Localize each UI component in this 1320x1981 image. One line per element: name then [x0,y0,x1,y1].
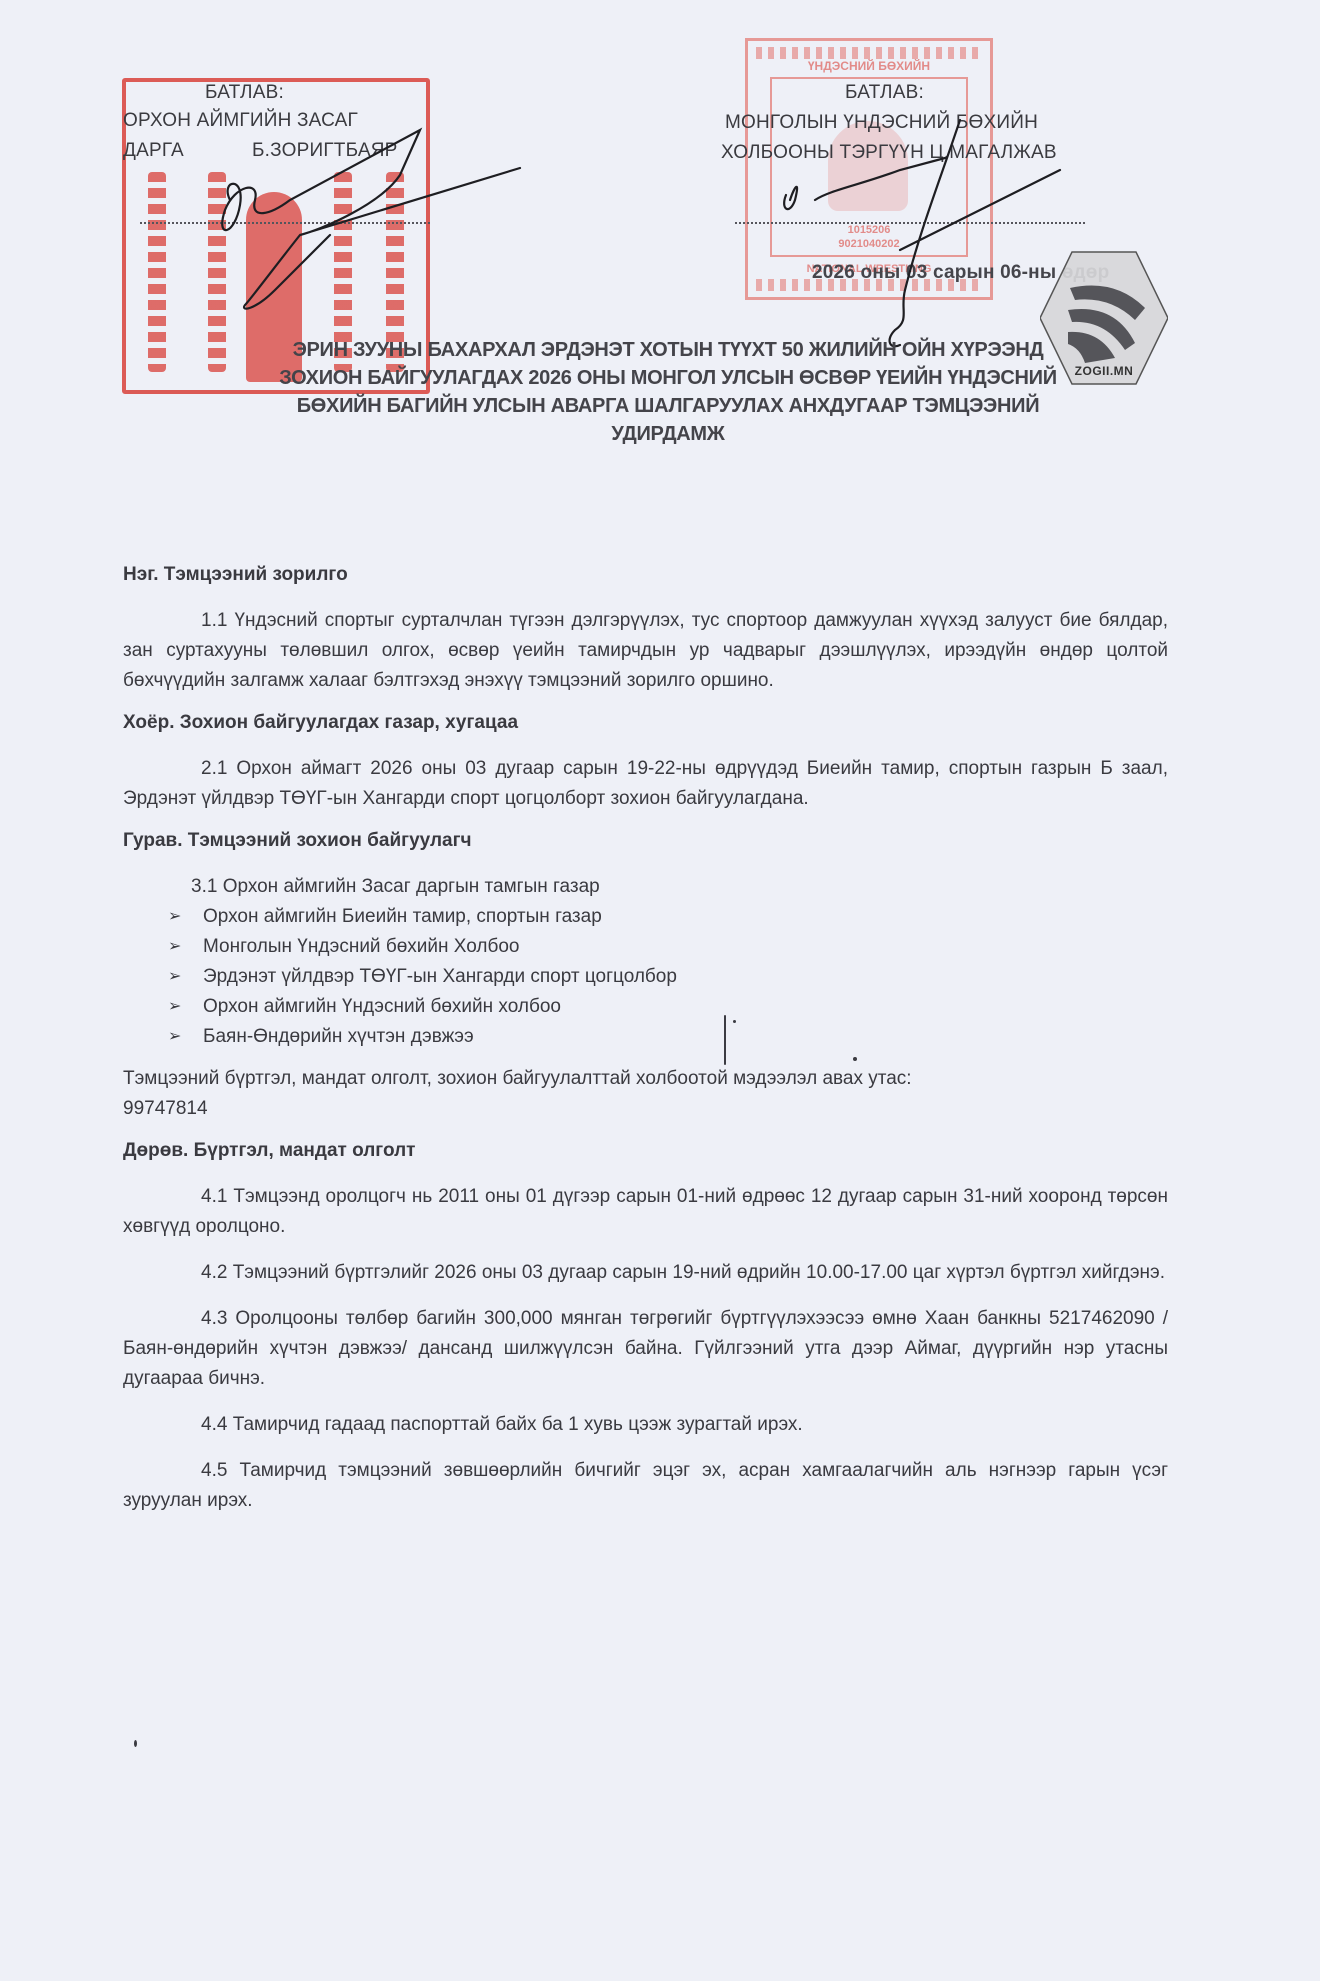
arrow-bullet-icon: ➢ [168,902,181,932]
list-item: ➢Орхон аймгийн Биеийн тамир, спортын газ… [123,902,1168,932]
approve-label-left: БАТЛАВ: [205,82,284,104]
paragraph-4-2: 4.2 Тэмцээний бүртгэлийг 2026 оны 03 дуг… [123,1258,1168,1288]
scan-speck [733,1020,736,1023]
document-body: Нэг. Тэмцээний зорилго 1.1 Үндэсний спор… [123,560,1168,1516]
contact-text: Тэмцээний бүртгэл, мандат олголт, зохион… [123,1064,1168,1094]
section-heading-3: Гурав. Тэмцээний зохион байгуулагч [123,826,1168,856]
scan-speck [134,1740,137,1747]
scan-speck [853,1057,857,1061]
section-heading-2: Хоёр. Зохион байгуулагдах газар, хугацаа [123,708,1168,738]
title-line: ЗОХИОН БАЙГУУЛАГДАХ 2026 ОНЫ МОНГОЛ УЛСЫ… [150,364,1186,392]
list-item: ➢Монголын Үндэсний бөхийн Холбоо [123,932,1168,962]
wrestler-figure-icon [828,121,908,211]
signature-line-right [735,222,1085,224]
organizer-list: ➢Орхон аймгийн Биеийн тамир, спортын газ… [123,902,1168,1052]
approver-left-name: Б.ЗОРИГТБАЯР [252,140,398,162]
stamp-top-text: ҮНДЭСНИЙ БӨХИЙН [748,59,990,73]
section-heading-4: Дөрөв. Бүртгэл, мандат олголт [123,1136,1168,1166]
stamp-number: 1015206 [748,224,990,236]
title-line: БӨХИЙН БАГИЙН УЛСЫН АВАРГА ШАЛГАРУУЛАХ А… [150,392,1186,420]
document-title: ЭРИН ЗУУНЫ БАХАРХАЛ ЭРДЭНЭТ ХОТЫН ТҮҮХТ … [150,336,1186,448]
list-item: ➢Орхон аймгийн Үндэсний бөхийн холбоо [123,992,1168,1022]
organizer-lead: 3.1 Орхон аймгийн Засаг даргын тамгын га… [123,872,1168,902]
paragraph-4-1: 4.1 Тэмцээнд оролцогч нь 2011 оны 01 дүг… [123,1182,1168,1242]
arrow-bullet-icon: ➢ [168,962,181,992]
approver-left-org: ОРХОН АЙМГИЙН ЗАСАГ [123,110,358,132]
paragraph-4-4: 4.4 Тамирчид гадаад паспорттай байх ба 1… [123,1410,1168,1440]
scan-mark [724,1015,726,1065]
arrow-bullet-icon: ➢ [168,992,181,1022]
document-page: ҮНДЭСНИЙ БӨХИЙН 1015206 9021040202 NATIO… [0,0,1320,1981]
stamp-number: 9021040202 [748,238,990,250]
list-item: ➢Баян-Өндөрийн хүчтэн дэвжээ [123,1022,1168,1052]
paragraph-1-1: 1.1 Үндэсний спортыг сурталчлан түгээн д… [123,606,1168,696]
title-line: УДИРДАМЖ [150,420,1186,448]
arrow-bullet-icon: ➢ [168,1022,181,1052]
paragraph-4-3: 4.3 Оролцооны төлбөр багийн 300,000 мянг… [123,1304,1168,1394]
contact-phone: 99747814 [123,1094,1168,1124]
list-item: ➢Эрдэнэт үйлдвэр ТӨҮГ-ын Хангарди спорт … [123,962,1168,992]
approve-label-right: БАТЛАВ: [845,82,924,104]
wrestling-federation-stamp: ҮНДЭСНИЙ БӨХИЙН 1015206 9021040202 NATIO… [745,38,993,300]
signature-line-left [140,222,430,224]
title-line: ЭРИН ЗУУНЫ БАХАРХАЛ ЭРДЭНЭТ ХОТЫН ТҮҮХТ … [150,336,1186,364]
paragraph-4-5: 4.5 Тамирчид тэмцээний зөвшөөрлийн бичги… [123,1456,1168,1516]
approver-left-title: ДАРГА [123,140,184,162]
fret-border [756,47,982,59]
arrow-bullet-icon: ➢ [168,932,181,962]
approver-right-org: МОНГОЛЫН ҮНДЭСНИЙ БӨХИЙН [725,112,1038,134]
section-heading-1: Нэг. Тэмцээний зорилго [123,560,1168,590]
paragraph-2-1: 2.1 Орхон аймагт 2026 оны 03 дугаар сары… [123,754,1168,814]
approver-right-name: ХОЛБООНЫ ТЭРГҮҮН Ц.МАГАЛЖАВ [721,142,1057,164]
